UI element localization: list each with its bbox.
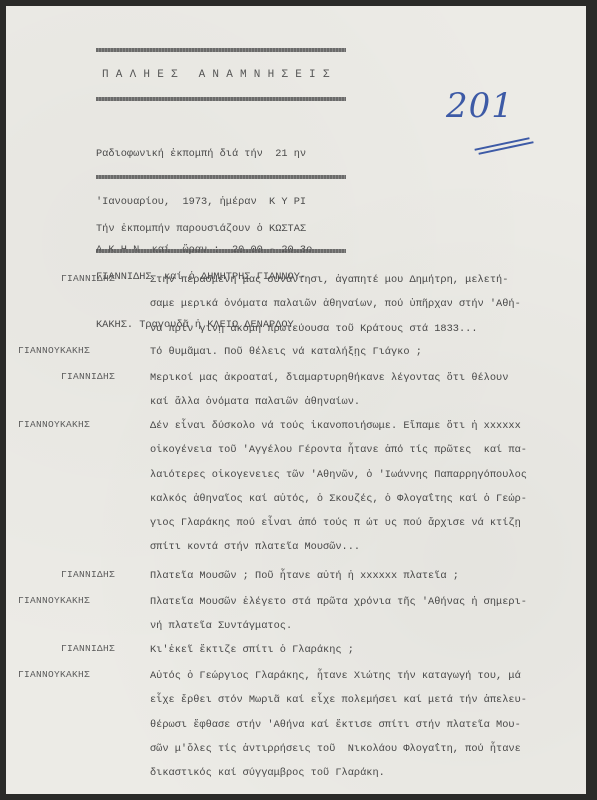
speech-line: σαμε μερικά ὀνόματα παλαιῶν ἀθηναίων, πο… xyxy=(150,292,590,316)
handwritten-page-number: 201 xyxy=(446,86,514,126)
speech-line: καλκός ἀθηναῖος καί αὐτός, ὁ Σκουζές, ὁ … xyxy=(150,487,590,511)
speech-text: Στήν περασμενη μας συνάντησι, ἀγαπητέ μο… xyxy=(150,268,590,341)
speaker-name: ΓΙΑΝΝΙΔΗΣ xyxy=(61,643,115,654)
speech-text: Κι'ἐκεῖ ἔκτιζε σπίτι ὁ Γλαράκης ; xyxy=(150,638,590,662)
speaker-name: ΓΙΑΝΝΙΔΗΣ xyxy=(61,569,115,580)
speech-line: Πλατεῖα Μουσῶν ἐλέγετο στά πρῶτα χρόνια … xyxy=(150,590,590,614)
speech-line: σπίτι κοντά στήν πλατεῖα Μουσῶν... xyxy=(150,535,590,559)
speech-line: οἰκογένεια τοῦ 'Αγγέλου Γέροντα ἦτανε ἀπ… xyxy=(150,438,590,462)
speech-line: Κι'ἐκεῖ ἔκτιζε σπίτι ὁ Γλαράκης ; xyxy=(150,638,590,662)
speech-line: Τό θυμᾶμαι. Ποῦ θέλεις νά καταλήξῃς Γιάγ… xyxy=(150,340,590,364)
speech-line: Αὐτός ὁ Γεώργιος Γλαράκης, ἦτανε Χιώτης … xyxy=(150,664,590,688)
speech-line: Μερικοί μας ἀκροαταί, διαμαρτυρηθήκανε λ… xyxy=(150,366,590,390)
speaker-name: ΓΙΑΝΝΟΥΚΑΚΗΣ xyxy=(18,419,90,430)
typewritten-page: ΠΑΛΗΕΣ ΑΝΑΜΝΗΣΕΙΣ 201 Ραδιοφωνική ἐκπομπ… xyxy=(6,6,586,794)
broadcast-line: Ραδιοφωνική ἐκπομπή διά τήν 21 ην xyxy=(96,146,312,162)
info-rule xyxy=(96,175,346,179)
top-rule xyxy=(96,48,346,52)
document-title: ΠΑΛΗΕΣ ΑΝΑΜΝΗΣΕΙΣ xyxy=(102,69,337,81)
title-rule xyxy=(96,97,346,101)
credits-rule xyxy=(96,249,346,253)
speech-text: Δέν εἶναι δύσκολο νά τούς ἱκανοποιήσωμε.… xyxy=(150,414,590,560)
speaker-name: ΓΙΑΝΝΟΥΚΑΚΗΣ xyxy=(18,345,90,356)
speech-line: δικαστικός καί σύγγαμβρος τοῦ Γλαράκη. xyxy=(150,761,590,785)
speech-line: εἶχε ἔρθει στόν Μωριᾶ καί εἶχε πολεμήσει… xyxy=(150,688,590,712)
speech-text: Πλατεῖα Μουσῶν ἐλέγετο στά πρῶτα χρόνια … xyxy=(150,590,590,639)
speech-text: Τό θυμᾶμαι. Ποῦ θέλεις νά καταλήξῃς Γιάγ… xyxy=(150,340,590,364)
speech-text: Πλατεῖα Μουσῶν ; Ποῦ ἦτανε αὐτή ἡ xxxxxx… xyxy=(150,564,590,588)
speech-text: Αὐτός ὁ Γεώργιος Γλαράκης, ἦτανε Χιώτης … xyxy=(150,664,590,785)
speaker-name: ΓΙΑΝΝΟΥΚΑΚΗΣ xyxy=(18,595,90,606)
speech-line: λαιότερες οἰκογενειες τῶν 'Αθηνῶν, ὁ 'Ιω… xyxy=(150,463,590,487)
speech-line: γιος Γλαράκης πού εἶναι ἀπό τούς π ώτ υς… xyxy=(150,511,590,535)
speech-line: νή πλατεῖα Συντάγματος. xyxy=(150,614,590,638)
speech-line: Στήν περασμενη μας συνάντησι, ἀγαπητέ μο… xyxy=(150,268,590,292)
credits-line: Τήν ἐκπομπήν παρουσιάζουν ὁ ΚΩΣΤΑΣ xyxy=(96,221,306,237)
speaker-name: ΓΙΑΝΝΟΥΚΑΚΗΣ xyxy=(18,669,90,680)
speech-line: Δέν εἶναι δύσκολο νά τούς ἱκανοποιήσωμε.… xyxy=(150,414,590,438)
speech-line: καί ἄλλα ὀνόματα παλαιῶν ἀθηναίων. xyxy=(150,390,590,414)
speech-line: σῶν μ'ὅλες τίς ἀντιρρήσεις τοῦ Νικολάου … xyxy=(150,737,590,761)
speech-line: θέρωσι ἔφθασε στήν 'Αθήνα καί ἔκτισε σπί… xyxy=(150,713,590,737)
speaker-name: ΓΙΑΝΝΙΔΗΣ xyxy=(61,273,115,284)
speech-text: Μερικοί μας ἀκροαταί, διαμαρτυρηθήκανε λ… xyxy=(150,366,590,415)
speech-line: να πρίν γίνῃ ἀκόμη πρωτεύουσα τοῦ Κράτου… xyxy=(150,317,590,341)
speech-line: Πλατεῖα Μουσῶν ; Ποῦ ἦτανε αὐτή ἡ xxxxxx… xyxy=(150,564,590,588)
speaker-name: ΓΙΑΝΝΙΔΗΣ xyxy=(61,371,115,382)
